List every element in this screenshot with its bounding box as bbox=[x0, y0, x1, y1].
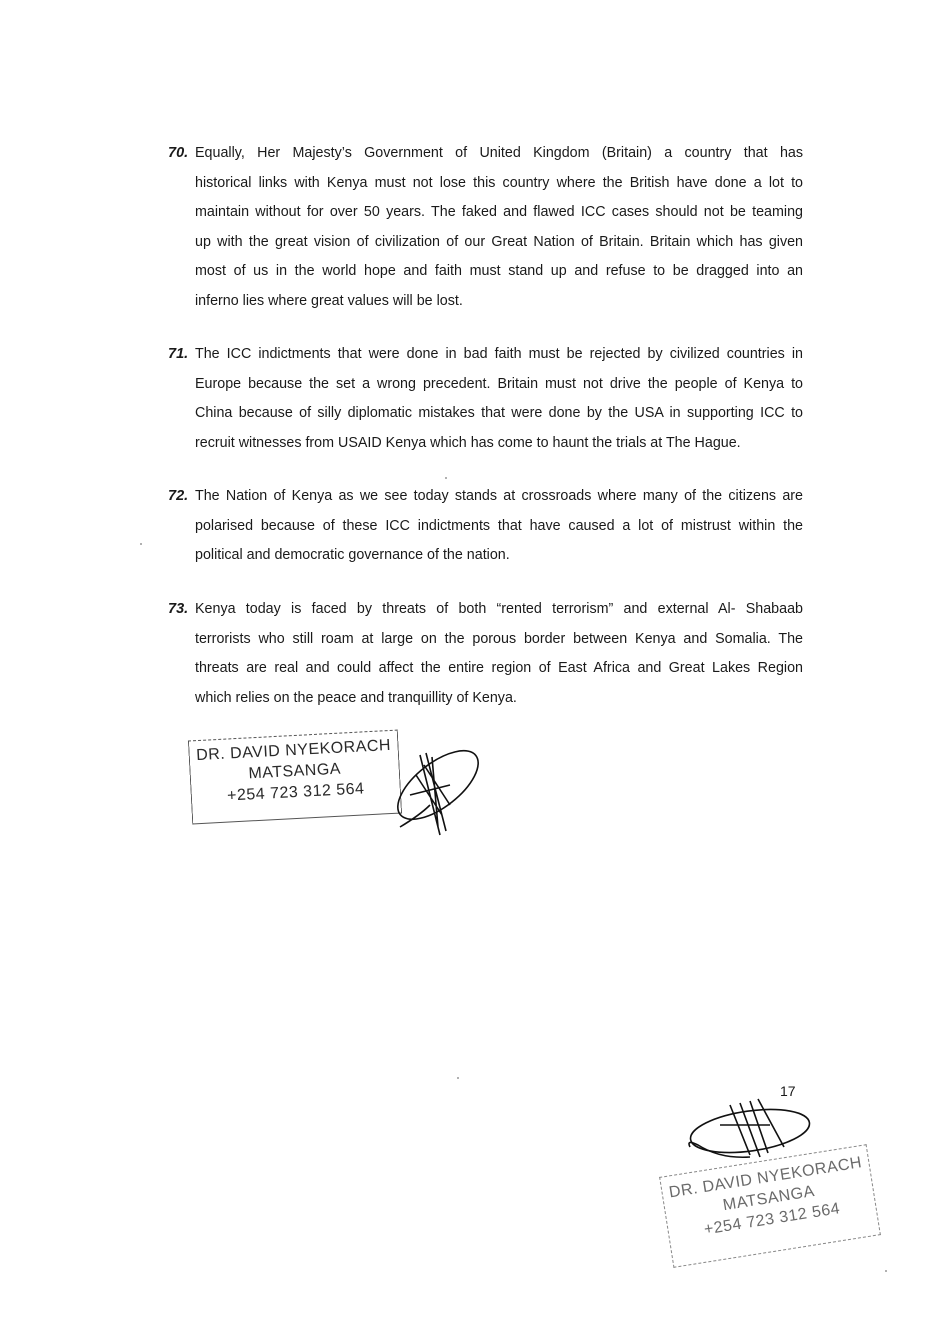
text-line: inferno lies where great values will be … bbox=[195, 287, 803, 317]
text-line: Kenya today is faced by threats of both … bbox=[195, 595, 803, 625]
paragraph-number: 70. bbox=[168, 139, 188, 169]
text-line: recruit witnesses from USAID Kenya which… bbox=[195, 429, 803, 459]
paragraph-71: 71. The ICC indictments that were done i… bbox=[168, 340, 808, 458]
paragraph-number: 71. bbox=[168, 340, 188, 370]
scan-speck bbox=[885, 1270, 887, 1272]
text-line: China because of silly diplomatic mistak… bbox=[195, 399, 803, 429]
text-line: The ICC indictments that were done in ba… bbox=[195, 340, 803, 370]
text-line: political and democratic governance of t… bbox=[195, 541, 803, 571]
signature-stamp: DR. DAVID NYEKORACH MATSANGA +254 723 31… bbox=[188, 730, 402, 825]
text-line: terrorists who still roam at large on th… bbox=[195, 625, 803, 655]
signature-icon bbox=[380, 735, 490, 845]
paragraph-number: 72. bbox=[168, 482, 188, 512]
text-line: Europe because the set a wrong precedent… bbox=[195, 370, 803, 400]
text-line: The Nation of Kenya as we see today stan… bbox=[195, 482, 803, 512]
text-line: Equally, Her Majesty’s Government of Uni… bbox=[195, 139, 803, 169]
text-line: maintain without for over 50 years. The … bbox=[195, 198, 803, 228]
text-line: which relies on the peace and tranquilli… bbox=[195, 684, 803, 714]
paragraph-70: 70. Equally, Her Majesty’s Government of… bbox=[168, 139, 808, 317]
text-line: historical links with Kenya must not los… bbox=[195, 169, 803, 199]
text-line: most of us in the world hope and faith m… bbox=[195, 257, 803, 287]
text-line: up with the great vision of civilization… bbox=[195, 228, 803, 258]
paragraph-73: 73. Kenya today is faced by threats of b… bbox=[168, 595, 808, 713]
scan-speck bbox=[445, 477, 447, 479]
scan-speck bbox=[457, 1077, 459, 1079]
paragraph-number: 73. bbox=[168, 595, 188, 625]
text-line: polarised because of these ICC indictmen… bbox=[195, 512, 803, 542]
text-line: threats are real and could affect the en… bbox=[195, 654, 803, 684]
scan-speck bbox=[140, 543, 142, 545]
paragraph-72: 72. The Nation of Kenya as we see today … bbox=[168, 482, 808, 571]
